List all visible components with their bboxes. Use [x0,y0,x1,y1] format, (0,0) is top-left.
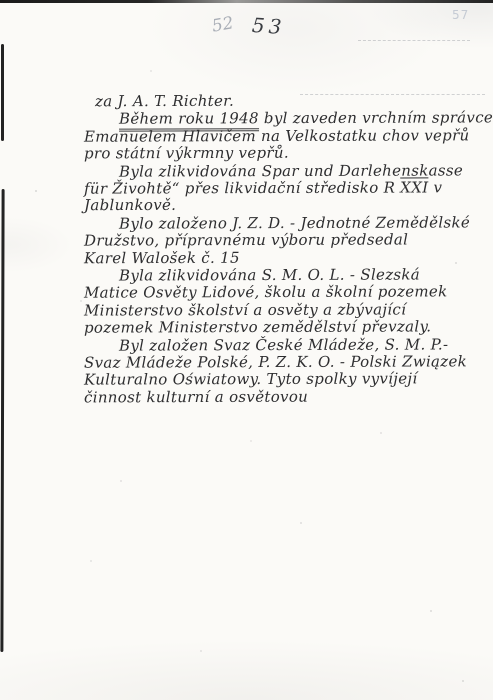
scanned-page: 52 53 57 za J. A. T. Richter.Během roku … [0,0,493,700]
handwritten-line: Kulturalno Oświatowy. Tyto spolky vyvíje… [84,370,418,389]
page-number: 53 [251,13,286,39]
handwritten-line: pozemek Ministerstvo zemědělství převzal… [84,318,431,337]
handwritten-segment: Emanuelem Hlavičem na Velkostatku chov v… [84,126,470,145]
scan-artifact-line [300,94,485,95]
handwritten-segment: v [428,178,442,196]
handwritten-segment: pozemek Ministerstvo zemědělství převzal… [84,318,431,337]
handwritten-line: Jablunkově. [84,196,176,214]
handwritten-line: Byl založen Svaz České Mládeže, S. M. P.… [119,335,448,354]
handwritten-line: Ministerstvo školství a osvěty a zbývají… [84,300,406,319]
handwritten-segment: Matice Osvěty Lidové, školu a školní poz… [84,283,448,302]
handwritten-segment: pro státní výkrmny vepřů. [84,144,289,163]
handwritten-segment: Ministerstvo školství a osvěty a zbývají… [84,300,406,319]
handwritten-segment: za J. A. T. Richter. [95,92,234,110]
left-margin-line [1,44,4,141]
handwritten-segment: Karel Walošek č. 15 [84,248,240,267]
handwritten-segment: Bylo založeno J. Z. D. - Jednotné Zemědě… [119,213,470,232]
handwritten-segment: Byl založen Svaz České Mládeže, S. M. P.… [119,335,448,354]
scan-top-edge [0,0,493,3]
handwritten-segment: Družstvo, přípravnému výboru předsedal [84,231,408,250]
handwritten-line: Během roku 1948 byl zaveden vrchním sprá… [119,109,493,128]
handwritten-line: za J. A. T. Richter. [95,92,234,110]
handwritten-line: Byla zlikvidována Spar und Darlehenskass… [119,161,463,180]
handwritten-line: Matice Osvěty Lidové, školu a školní poz… [84,283,448,302]
handwritten-line: činnost kulturní a osvětovou [84,387,308,406]
left-margin-line [0,189,4,652]
scan-artifact-line [358,40,470,41]
handwritten-line: Karel Walošek č. 15 [84,248,240,267]
page-number-previous: 52 [210,13,235,36]
handwritten-line: für Živohtě“ přes likvidační středisko R… [84,178,442,197]
handwritten-line: Emanuelem Hlavičem na Velkostatku chov v… [84,126,470,145]
handwritten-line: pro státní výkrmny vepřů. [84,144,289,163]
handwritten-segment: Kulturalno Oświatowy. Tyto spolky vyvíje… [84,370,418,389]
corner-pencil-mark: 57 [452,8,469,22]
handwritten-line: Družstvo, přípravnému výboru předsedal [84,231,408,250]
handwritten-segment: Byla zlikvidována Spar und Darlehenskass… [119,161,463,180]
handwritten-line: Bylo založeno J. Z. D. - Jednotné Zemědě… [119,213,470,232]
handwritten-segment: für Živohtě“ přes likvidační středisko R [84,179,400,198]
handwritten-segment: činnost kulturní a osvětovou [84,387,308,406]
handwritten-segment: Jablunkově. [84,196,176,214]
handwritten-segment: byl zaveden vrchním správcem [259,109,493,128]
handwritten-segment-overline: XXI [400,178,428,196]
